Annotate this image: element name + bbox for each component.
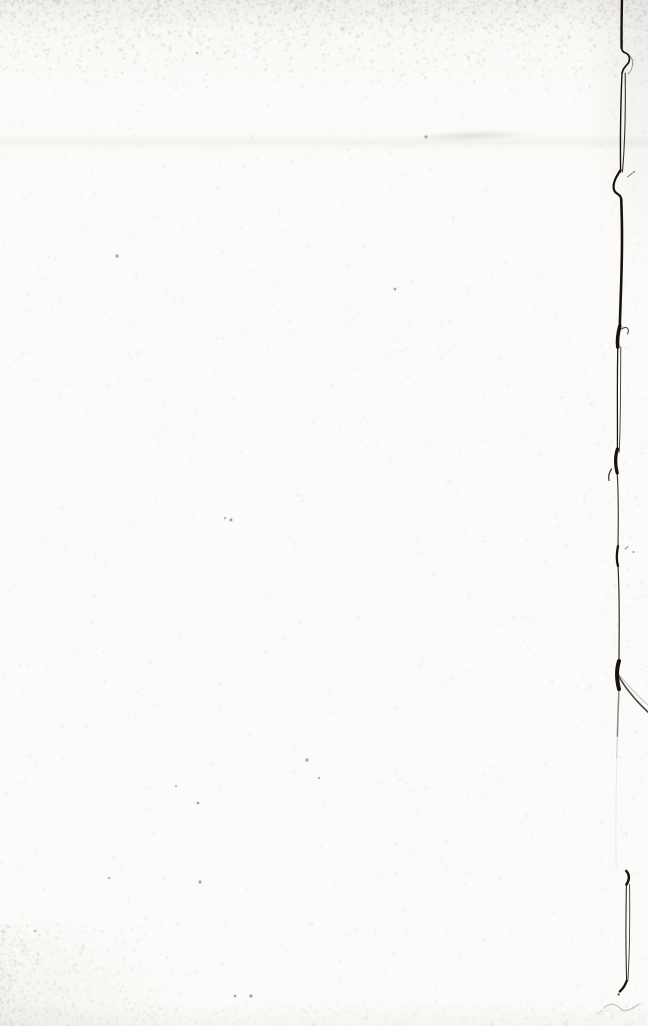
binding-thread-artifact: [0, 0, 648, 1026]
scanned-blank-page: [0, 0, 648, 1026]
thread-strokes: [596, 0, 648, 1014]
